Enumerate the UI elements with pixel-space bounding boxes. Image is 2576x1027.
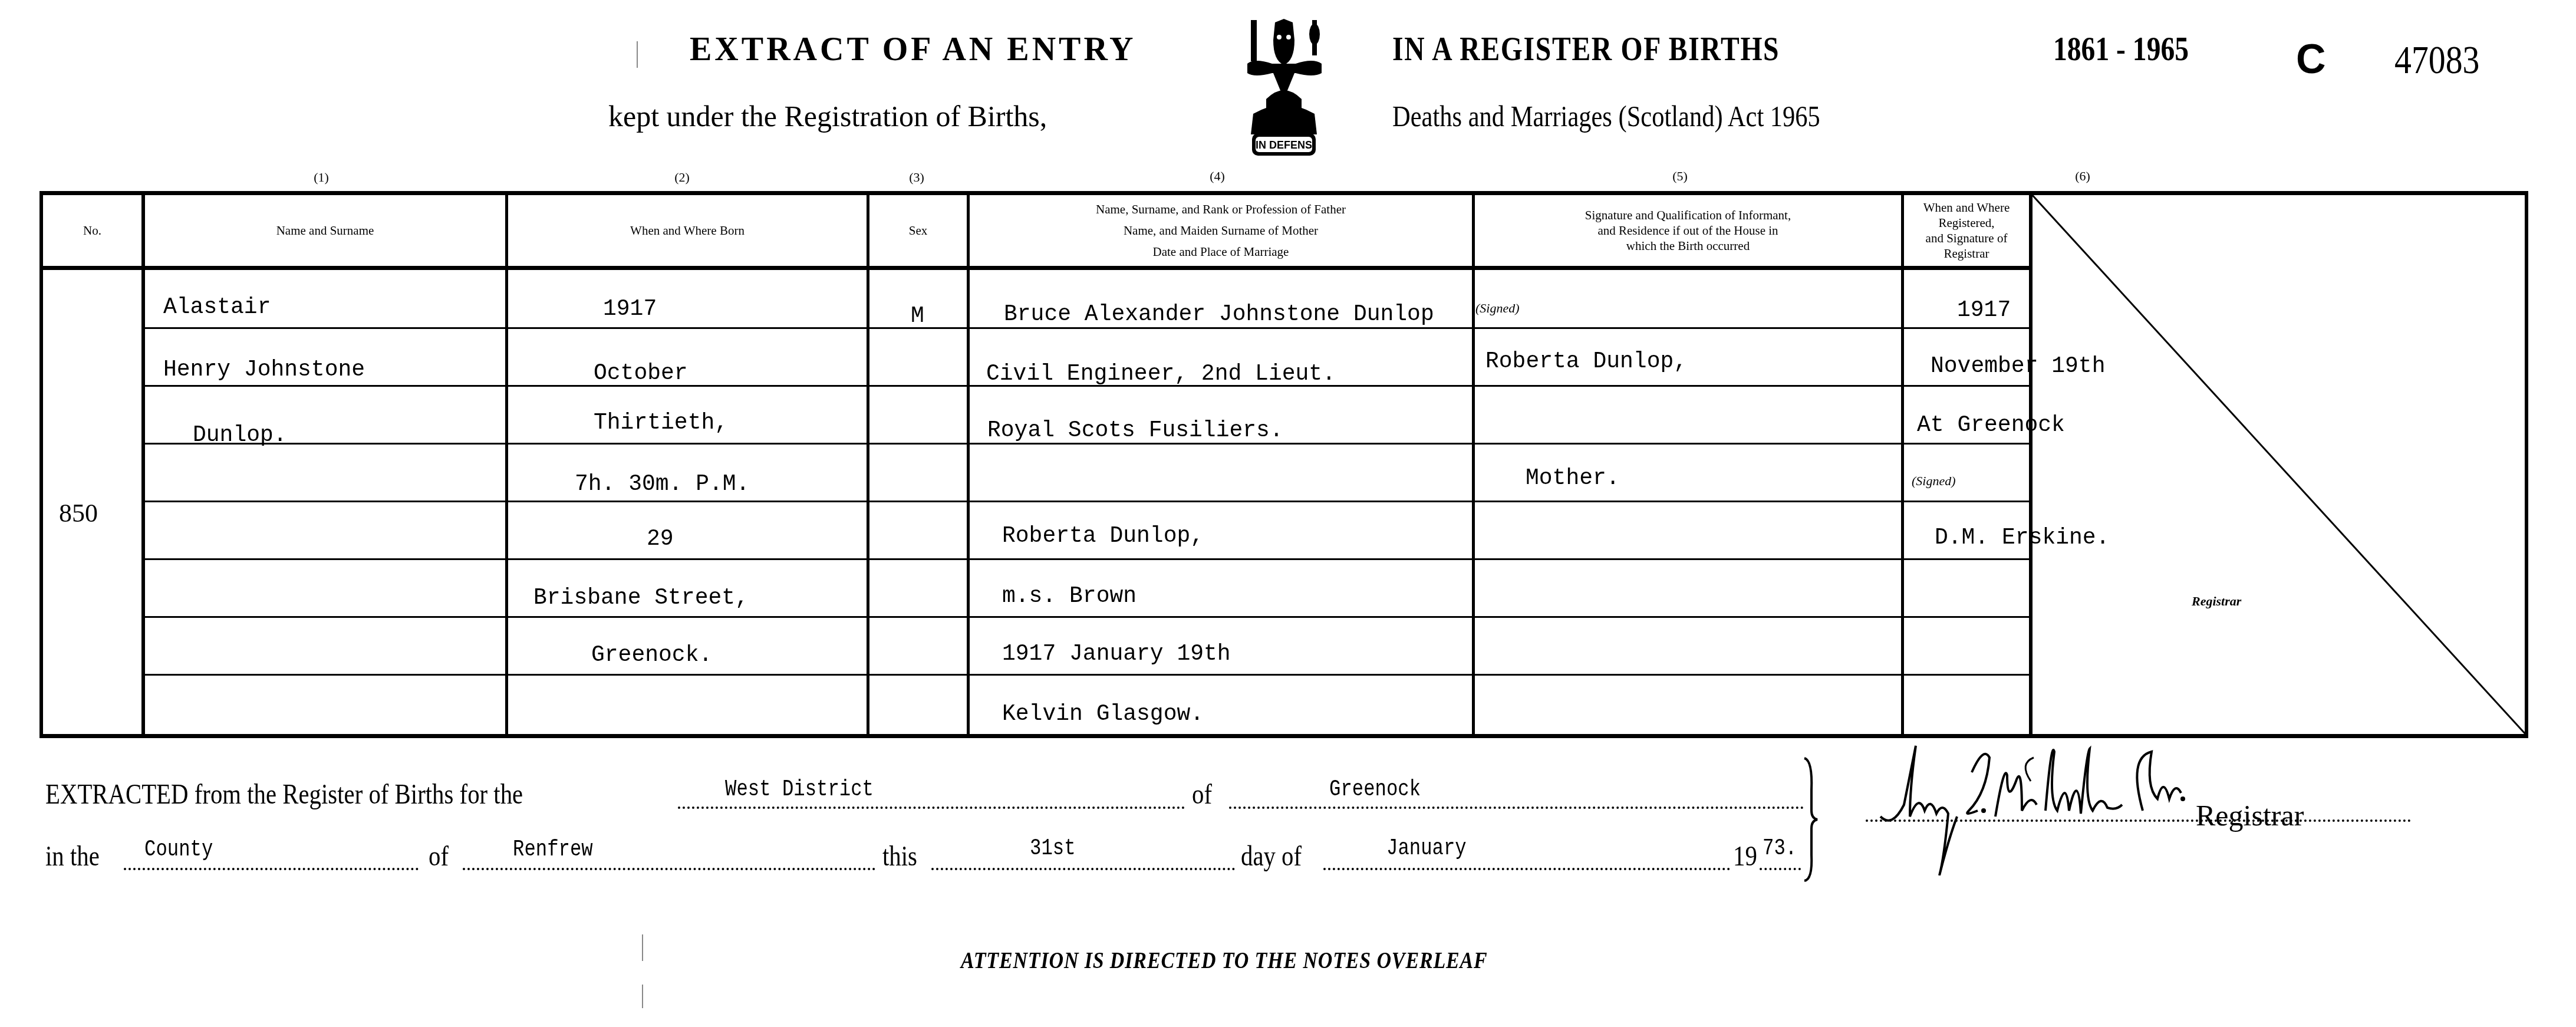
register-years: 1861 - 1965 <box>2053 31 2189 68</box>
born-town: Greenock. <box>591 643 712 668</box>
void-diagonal-line <box>2031 193 2527 736</box>
district-value: West District <box>725 777 874 802</box>
father-regiment: Royal Scots Fusiliers. <box>987 418 1283 443</box>
subtitle-left: kept under the Registration of Births, <box>608 99 1047 133</box>
registrar-signature: Registrar <box>1875 740 2429 875</box>
name-line-1: Alastair <box>163 295 271 320</box>
header-name-surname: Name and Surname <box>145 195 505 266</box>
born-street: Brisbane Street, <box>533 585 749 611</box>
header-parents-line2: Name, and Maiden Surname of Mother <box>1124 220 1318 241</box>
year-suffix: 73. <box>1763 836 1797 861</box>
column-number-5: (5) <box>1662 169 1698 184</box>
row-rule-4 <box>143 501 2030 502</box>
district-dotted-line <box>678 807 1185 809</box>
born-house-number: 29 <box>647 526 674 552</box>
day-dotted-line <box>931 868 1235 870</box>
day-of-label: day of <box>1241 840 1302 873</box>
day-value: 31st <box>1030 836 1076 861</box>
column-number-1: (1) <box>304 170 339 185</box>
divider-col3 <box>867 191 869 738</box>
title-register-births: IN A REGISTER OF BIRTHS <box>1392 31 1780 68</box>
informant-qualification: Mother. <box>1526 466 1620 491</box>
fold-mark <box>642 985 643 1008</box>
name-line-2: Henry Johnstone <box>163 357 365 383</box>
registered-year: 1917 <box>1957 298 2011 323</box>
mother-maiden-surname: m.s. Brown <box>1002 584 1137 609</box>
attention-notice: ATTENTION IS DIRECTED TO THE NOTES OVERL… <box>961 946 1488 974</box>
year-prefix: 19 <box>1733 840 1757 873</box>
of-label-2: of <box>429 840 449 873</box>
county-dotted-line <box>463 868 875 870</box>
father-profession: Civil Engineer, 2nd Lieut. <box>986 361 1336 387</box>
born-time: 7h. 30m. P.M. <box>575 472 749 497</box>
divider-col5 <box>1472 191 1475 738</box>
county-word-value: County <box>144 837 213 863</box>
row-rule-6 <box>143 616 2030 618</box>
month-dotted-line <box>1323 868 1730 870</box>
fold-mark <box>642 934 643 961</box>
header-when-where-born: When and Where Born <box>508 195 867 266</box>
row-rule-1 <box>143 327 2030 329</box>
registrar-signed-label: (Signed) <box>1912 473 1956 489</box>
in-the-label: in the <box>45 840 100 873</box>
born-month: October <box>594 361 688 386</box>
registrar-title-label: Registrar <box>2196 799 2304 832</box>
header-registered-line1: When and Where Registered, <box>1904 200 2029 231</box>
marriage-place: Kelvin Glasgow. <box>1002 702 1204 727</box>
header-informant-line3: which the Birth occurred <box>1626 238 1750 254</box>
header-informant-line2: and Residence if out of the House in <box>1597 223 1778 238</box>
registrar-label: Registrar <box>2192 594 2241 609</box>
place-dotted-line <box>1229 807 1804 809</box>
divider-col4 <box>967 191 970 738</box>
right-brace-icon <box>1801 755 1824 884</box>
registered-date: November 19th <box>1931 354 2105 379</box>
subtitle-right: Deaths and Marriages (Scotland) Act 1965 <box>1392 99 1820 133</box>
divider-col1 <box>141 191 145 738</box>
mother-name: Roberta Dunlop, <box>1002 524 1204 549</box>
registrar-name: D.M. Erskine. <box>1935 525 2109 551</box>
title-extract-entry: EXTRACT OF AN ENTRY <box>690 31 1136 68</box>
father-name: Bruce Alexander Johnstone Dunlop <box>1004 302 1434 327</box>
crest-motto: IN DEFENS <box>1256 139 1312 151</box>
born-year: 1917 <box>603 297 657 322</box>
informant-name: Roberta Dunlop, <box>1485 349 1687 374</box>
divider-col6 <box>1901 191 1904 738</box>
county-word-dotted-line <box>124 868 419 870</box>
serial-letter: C <box>2296 35 2326 83</box>
registered-place: At Greenock <box>1917 413 2065 438</box>
extracted-from-label: EXTRACTED from the Register of Births fo… <box>45 778 523 811</box>
informant-signed-label: (Signed) <box>1475 301 1520 316</box>
this-label: this <box>882 840 917 873</box>
column-number-6: (6) <box>2065 169 2100 184</box>
month-value: January <box>1386 836 1467 861</box>
header-sex: Sex <box>869 195 967 266</box>
header-bottom-border <box>39 266 2032 270</box>
serial-number: 47083 <box>2394 37 2480 83</box>
row-rule-7 <box>143 674 2030 676</box>
header-informant: Signature and Qualification of Informant… <box>1475 195 1901 266</box>
header-parents-line1: Name, Surname, and Rank or Profession of… <box>1096 199 1346 220</box>
royal-crest-icon: IN DEFENS <box>1243 17 1325 158</box>
header-registered: When and Where Registered, and Signature… <box>1904 195 2029 266</box>
column-number-4: (4) <box>1200 169 1235 184</box>
fold-mark <box>637 41 638 68</box>
column-number-3: (3) <box>899 170 934 185</box>
header-registered-line2: and Signature of Registrar <box>1904 231 2029 261</box>
year-dotted-line <box>1760 868 1801 870</box>
header-parents: Name, Surname, and Rank or Profession of… <box>970 195 1472 266</box>
of-label-1: of <box>1192 778 1212 811</box>
divider-col2 <box>505 191 508 738</box>
header-no: No. <box>43 195 141 266</box>
row-rule-5 <box>143 558 2030 560</box>
header-informant-line1: Signature and Qualification of Informant… <box>1585 208 1791 223</box>
table-left-border <box>39 191 43 738</box>
column-number-2: (2) <box>664 170 700 185</box>
name-line-3: Dunlop. <box>193 423 287 448</box>
county-value: Renfrew <box>513 837 593 863</box>
entry-number: 850 <box>59 498 98 528</box>
header-parents-line3: Date and Place of Marriage <box>1153 241 1289 262</box>
born-day: Thirtieth, <box>594 410 728 436</box>
marriage-date: 1917 January 19th <box>1002 641 1231 667</box>
place-value: Greenock <box>1329 777 1421 802</box>
sex-value: M <box>911 304 924 329</box>
